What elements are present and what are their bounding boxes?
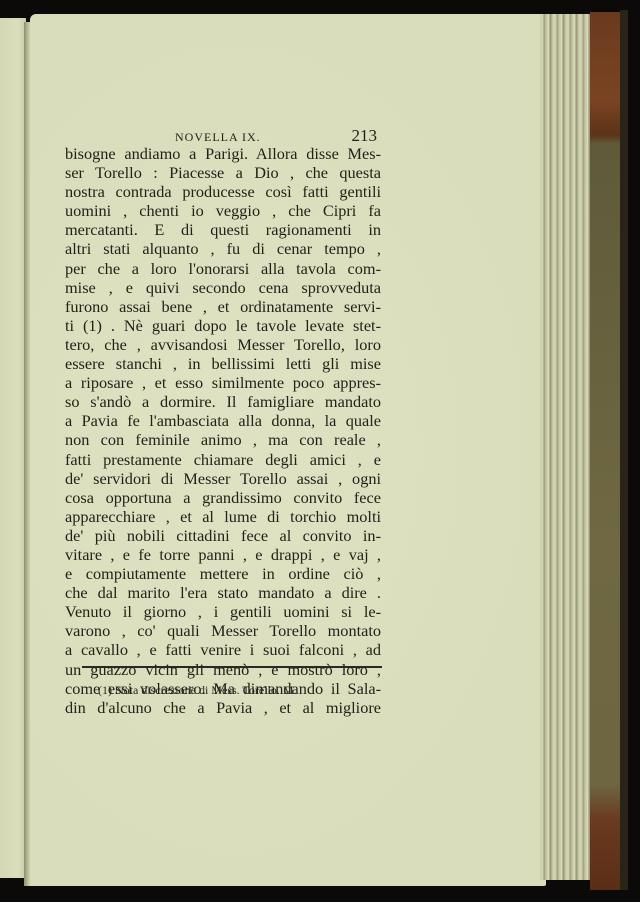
text-line: de' servidori di Messer Torello assai , … <box>65 469 381 488</box>
text-line: a cavallo , e fatti venire i suoi falcon… <box>65 640 381 659</box>
text-line: altri stati alquanto , fu di cenar tempo… <box>65 239 381 258</box>
text-line: e compiutamente mettere in ordine ciò , <box>65 564 381 583</box>
text-line: varono , co' quali Messer Torello montat… <box>65 621 381 640</box>
text-line: furono assai bene , et ordinatamente ser… <box>65 297 381 316</box>
text-line: che dal marito l'era stato mandato a dir… <box>65 583 381 602</box>
text-line: Venuto il giorno , i gentili uomini si l… <box>65 602 381 621</box>
body-text: bisogne andiamo a Parigi. Allora disse M… <box>65 144 383 717</box>
page-number: 213 <box>352 126 378 146</box>
text-line: bisogne andiamo a Parigi. Allora disse M… <box>65 144 381 163</box>
text-line: ser Torello : Piacesse a Dio , che quest… <box>65 163 381 182</box>
text-line: essere stanchi , in bellissimi letti gli… <box>65 354 381 373</box>
text-line: tero, che , avvisandosi Messer Torello, … <box>65 335 381 354</box>
text-line: a riposare , et esso similmente poco app… <box>65 373 381 392</box>
text-line: vitare , e fe torre panni , e drappi , e… <box>65 545 381 564</box>
text-line: per che a loro l'onorarsi alla tavola co… <box>65 259 381 278</box>
running-title: NOVELLA IX. <box>175 130 261 145</box>
text-line: so s'andò a dormire. Il famigliare manda… <box>65 392 381 411</box>
text-line: nostra contrada producesse così fatti ge… <box>65 182 381 201</box>
text-line: din d'alcuno che a Pavia , et al miglior… <box>65 698 381 717</box>
left-page-edge <box>0 18 26 878</box>
running-head: NOVELLA IX. 213 <box>65 126 383 144</box>
text-line: cosa opportuna a grandissimo convito fec… <box>65 488 381 507</box>
footnote-rule <box>82 666 382 668</box>
text-line: ti (1) . Nè guari dopo le tavole levate … <box>65 316 381 335</box>
text-line: apparecchiare , et al lume di torchio mo… <box>65 507 381 526</box>
page-stack-edges <box>540 14 592 880</box>
text-line: uomini , chenti io veggio , che Cipri fa <box>65 201 381 220</box>
text-line: non con feminile animo , ma con reale , <box>65 430 381 449</box>
text-line: de' più nobili cittadini fece al convito… <box>65 526 381 545</box>
text-line: mise , e quivi secondo cena sprovveduta <box>65 278 381 297</box>
text-line: un guazzo vicin gli menò , e mostrò loro… <box>65 660 381 679</box>
page-text-block: NOVELLA IX. 213 bisogne andiamo a Parigi… <box>65 126 383 717</box>
cover-edge <box>620 10 628 890</box>
footnote: (1) Nota discrezione di Mess. Torello. M… <box>98 683 297 698</box>
book-scan: NOVELLA IX. 213 bisogne andiamo a Parigi… <box>0 0 640 902</box>
text-line: mercatanti. E di questi ragionamenti in <box>65 220 381 239</box>
text-line: fatti prestamente chiamare degli amici ,… <box>65 450 381 469</box>
text-line: a Pavia fe l'ambasciata alla donna, la q… <box>65 411 381 430</box>
